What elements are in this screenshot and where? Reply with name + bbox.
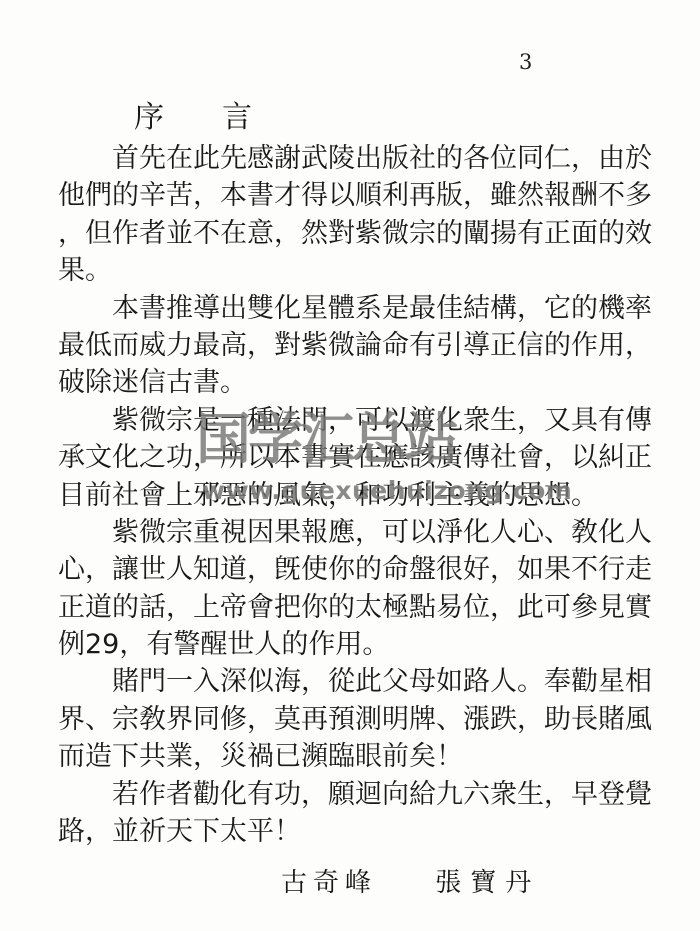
- author-name: 古奇峰: [281, 868, 377, 898]
- text-line: 果。: [58, 252, 563, 289]
- text-line: 首先在此先感謝武陵出版社的各位同仁，由於: [58, 140, 563, 177]
- author-name: 張寶丹: [435, 868, 540, 898]
- text-line: 而造下共業，災禍已瀕臨眼前矣！: [58, 738, 563, 775]
- page-title: 序 言: [134, 92, 266, 136]
- scanned-book-page: 3 序 言 首先在此先感謝武陵出版社的各位同仁，由於 他們的辛苦，本書才得以順利…: [0, 0, 700, 931]
- text-line: 若作者勸化有功，願迴向給九六衆生，早登覺: [58, 776, 563, 813]
- text-line: 正道的話，上帝會把你的太極點易位，此可參見實: [58, 589, 563, 626]
- preface-body: 首先在此先感謝武陵出版社的各位同仁，由於 他們的辛苦，本書才得以順利再版，雖然報…: [58, 140, 563, 850]
- text-line: 例29，有警醒世人的作用。: [58, 626, 563, 663]
- text-line: 界、宗敎界同修，莫再預測明牌、漲跌，助長賭風: [58, 701, 563, 738]
- text-line: 本書推導出雙化星體系是最佳結構，它的機率: [58, 290, 563, 327]
- text-line: 他們的辛苦，本書才得以順利再版，雖然報酬不多: [58, 177, 563, 214]
- text-line: 紫微宗是一種法門，可以渡化衆生，又具有傳: [58, 402, 563, 439]
- text-line: 承文化之功，所以本書實在應該廣傳社會，以糾正: [58, 439, 563, 476]
- author-signatures: 古奇峰 張寶丹: [281, 862, 540, 899]
- text-line: 目前社會上邪惡的風氣，和功利主義的思想。: [58, 477, 563, 514]
- text-line: 賭門一入深似海，從此父母如路人。奉勸星相: [58, 663, 563, 700]
- text-line: 紫微宗重視因果報應，可以淨化人心、敎化人: [58, 514, 563, 551]
- text-line: 破除迷信古書。: [58, 364, 563, 401]
- text-line: ，但作者並不在意，然對紫微宗的闡揚有正面的效: [58, 215, 563, 252]
- text-line: 路，並祈天下太平！: [58, 813, 563, 850]
- text-line: 最低而威力最高，對紫微論命有引導正信的作用，: [58, 327, 563, 364]
- page-number: 3: [519, 50, 532, 74]
- text-line: 心，讓世人知道，旣使你的命盤很好，如果不行走: [58, 551, 563, 588]
